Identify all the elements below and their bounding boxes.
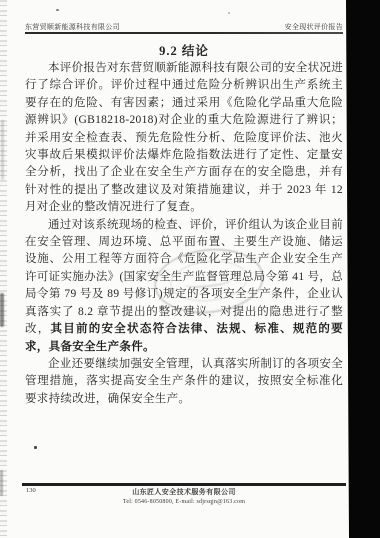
scan-smudge: [0, 470, 3, 496]
scan-edge-black-band: [346, 0, 380, 538]
footer-company-name: 山东匠人安全技术服务有限公司: [25, 487, 343, 497]
page-footer: 山东匠人安全技术服务有限公司 Tel: 0546-8050800, E-mail…: [25, 487, 343, 505]
scanned-document-page: 东营贸顺新能源科技有限公司 安全现状评价报告 9.2 结论 本评价报告对东营贸顺…: [0, 0, 380, 538]
scan-smudge: [0, 293, 4, 327]
scan-smudge: [1, 120, 4, 180]
paragraph-3: 企业还要继续加强安全管理，认真落实所制订的各项安全管理措施，落实提高安全生产条件…: [25, 356, 343, 408]
scan-speck: [56, 9, 59, 11]
scan-binding-noise: [0, 0, 7, 538]
header-report-title: 安全现状评价报告: [285, 22, 343, 32]
header-rule: [25, 32, 343, 34]
scan-speck: [34, 446, 37, 449]
header-company-name: 东营贸顺新能源科技有限公司: [25, 22, 120, 32]
paragraph-2-bold-conclusion: 其目前的安全状态符合法律、法规、标准、规范的要求，具备安全生产条件。: [25, 323, 343, 352]
paragraph-1: 本评价报告对东营贸顺新能源科技有限公司的安全状况进行了综合评价。评价过程中通过危…: [25, 60, 343, 217]
body-text: 本评价报告对东营贸顺新能源科技有限公司的安全状况进行了综合评价。评价过程中通过危…: [25, 60, 343, 408]
footer-rule: [22, 483, 346, 486]
section-title: 9.2 结论: [25, 41, 343, 59]
page-header: 东营贸顺新能源科技有限公司 安全现状评价报告: [25, 22, 343, 32]
scan-speck: [228, 12, 230, 14]
footer-contact-info: Tel: 0546-8050800, E-mail: sdjrsqjn@163.…: [25, 499, 343, 505]
